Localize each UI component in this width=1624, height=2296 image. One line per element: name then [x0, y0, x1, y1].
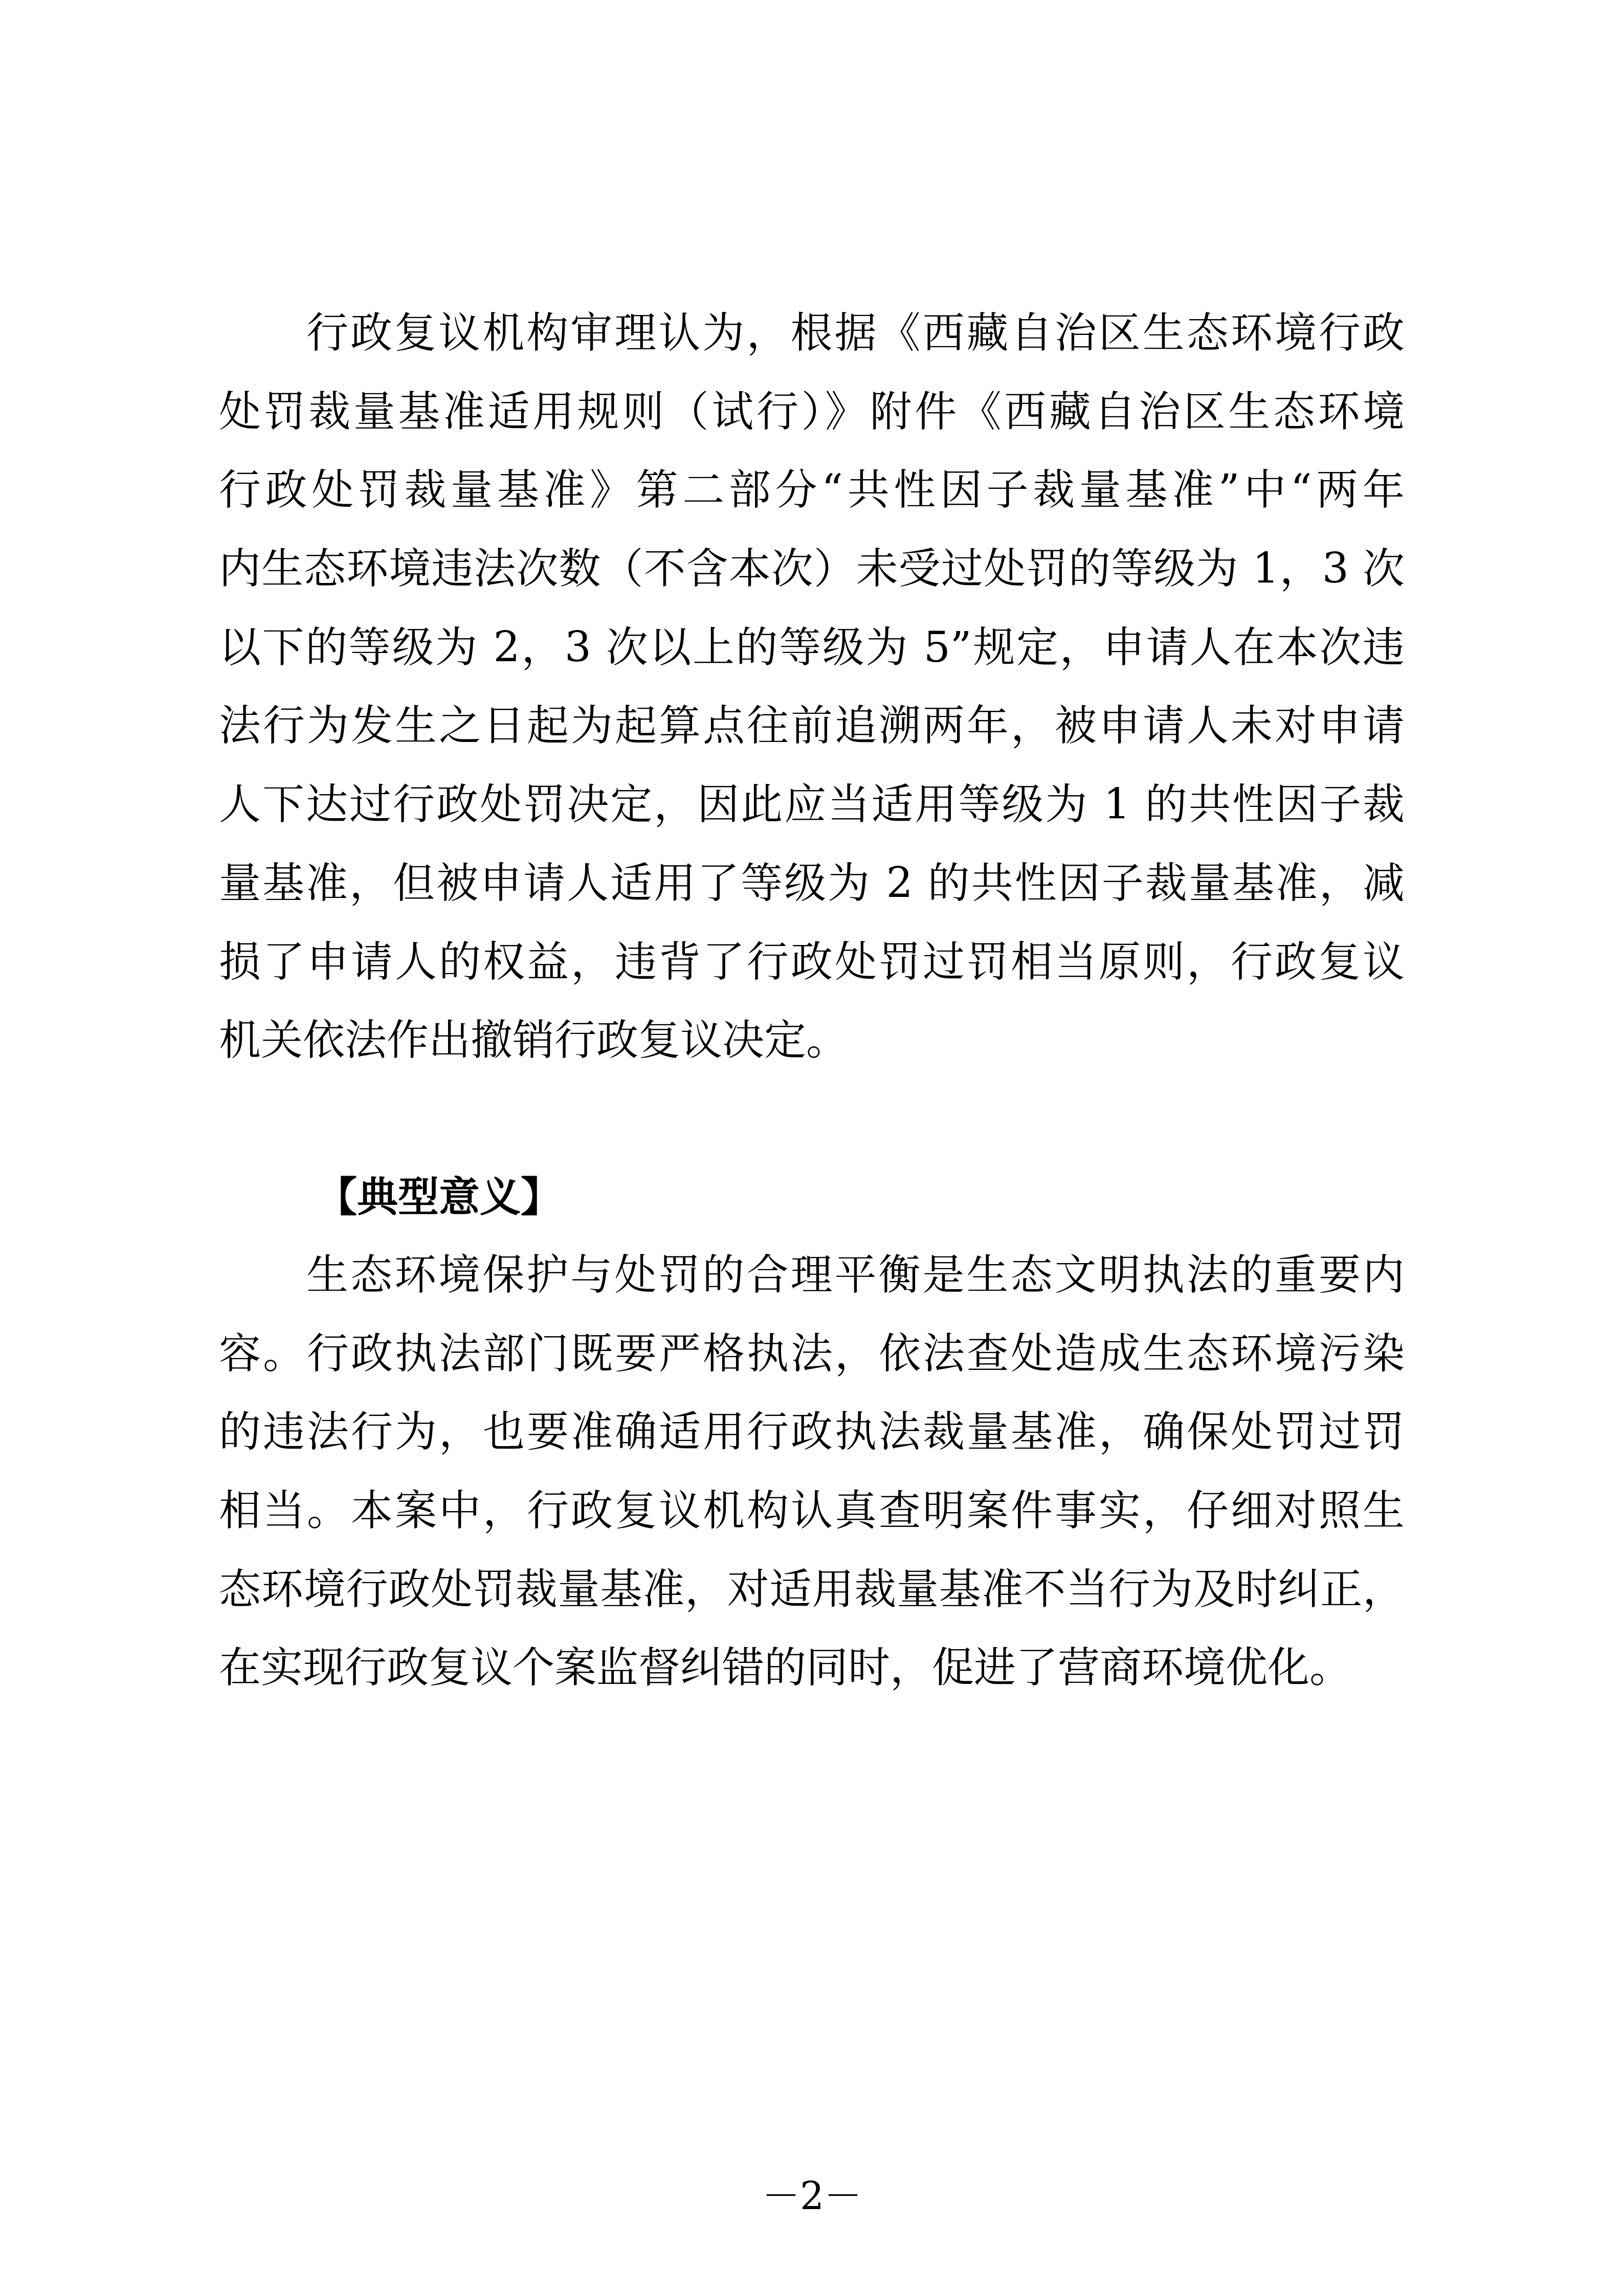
paragraph-line: 态环境行政处罚裁量基准，对适用裁量基准不当行为及时纠正， — [219, 1550, 1405, 1629]
paragraph-line: 处罚裁量基准适用规则（试行）》附件《西藏自治区生态环境 — [219, 373, 1405, 452]
page-number: －2－ — [0, 2176, 1624, 2217]
paragraph-significance: 生态环境保护与处罚的合理平衡是生态文明执法的重要内 容。行政执法部门既要严格执法… — [219, 1236, 1405, 1707]
paragraph-line: 行政处罚裁量基准》第二部分“共性因子裁量基准”中“两年 — [219, 451, 1405, 530]
paragraph-line: 损了申请人的权益，违背了行政处罚过罚相当原则，行政复议 — [219, 923, 1405, 1002]
paragraph-ruling: 行政复议机构审理认为，根据《西藏自治区生态环境行政 处罚裁量基准适用规则（试行）… — [219, 294, 1405, 1080]
paragraph-line: 内生态环境违法次数（不含本次）未受过处罚的等级为 1，3 次 — [219, 530, 1405, 609]
paragraph-line: 行政复议机构审理认为，根据《西藏自治区生态环境行政 — [219, 294, 1405, 373]
section-heading: 【典型意义】 — [219, 1158, 1405, 1236]
paragraph-line: 生态环境保护与处罚的合理平衡是生态文明执法的重要内 — [219, 1236, 1405, 1315]
paragraph-line: 的违法行为，也要准确适用行政执法裁量基准，确保处罚过罚 — [219, 1393, 1405, 1472]
paragraph-line: 人下达过行政处罚决定，因此应当适用等级为 1 的共性因子裁 — [219, 766, 1405, 844]
paragraph-line: 相当。本案中，行政复议机构认真查明案件事实，仔细对照生 — [219, 1472, 1405, 1550]
section-heading-block: 【典型意义】 — [219, 1158, 1405, 1236]
paragraph-line: 以下的等级为 2，3 次以上的等级为 5”规定，申请人在本次违 — [219, 609, 1405, 687]
paragraph-line: 法行为发生之日起为起算点往前追溯两年，被申请人未对申请 — [219, 687, 1405, 766]
paragraph-line: 在实现行政复议个案监督纠错的同时，促进了营商环境优化。 — [219, 1629, 1405, 1707]
paragraph-line: 机关依法作出撤销行政复议决定。 — [219, 1001, 1405, 1080]
document-page: 行政复议机构审理认为，根据《西藏自治区生态环境行政 处罚裁量基准适用规则（试行）… — [0, 0, 1624, 2296]
paragraph-line: 量基准，但被申请人适用了等级为 2 的共性因子裁量基准，减 — [219, 844, 1405, 923]
paragraph-line: 容。行政执法部门既要严格执法，依法查处造成生态环境污染 — [219, 1315, 1405, 1393]
